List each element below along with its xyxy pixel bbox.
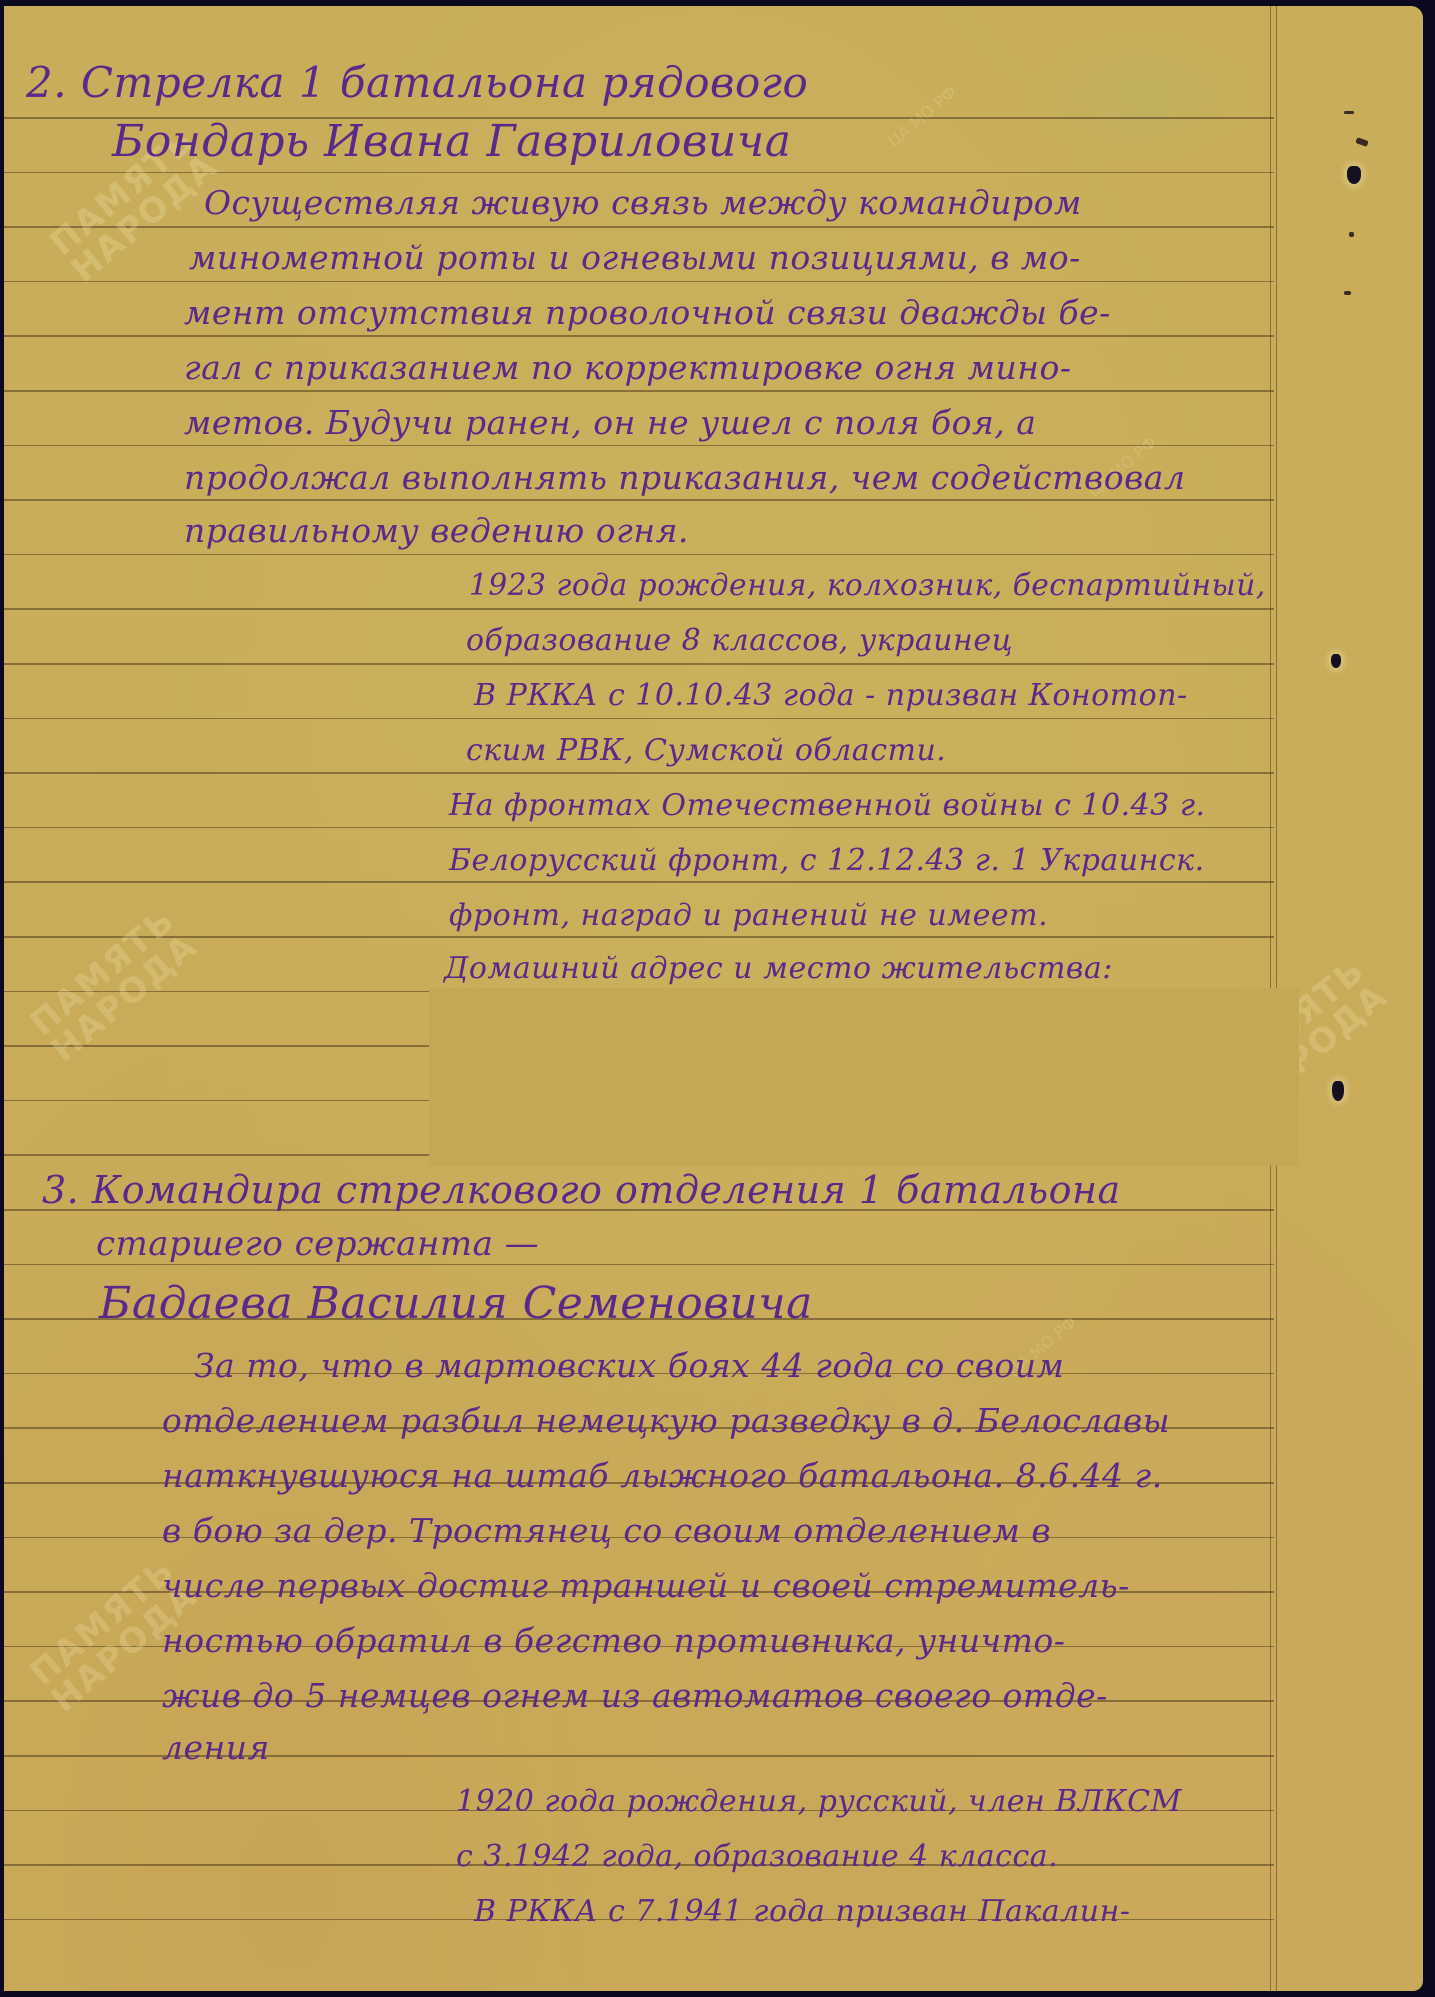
- citation-line: Осуществляя живую связь между командиром: [204, 183, 1082, 222]
- citation-line: продолжал выполнять приказания, чем соде…: [184, 458, 1185, 497]
- citation-line: минометной роты и огневыми позициями, в …: [189, 238, 1081, 277]
- bio-line: ским РВК, Сумской области.: [466, 733, 946, 768]
- ruled-line: [4, 772, 1274, 774]
- bio-line: На фронтах Отечественной войны с 10.43 г…: [449, 788, 1206, 823]
- ruled-line: [4, 663, 1274, 665]
- ruled-line: [4, 554, 1274, 556]
- entry-title: 3. Командира стрелкового отделения 1 бат…: [42, 1168, 1121, 1212]
- citation-line: метов. Будучи ранен, он не ушел с поля б…: [184, 403, 1036, 442]
- binding-hole-icon: [1332, 1081, 1344, 1101]
- entry-name: Бадаева Василия Семеновича: [99, 1278, 813, 1329]
- bio-line: 1923 года рождения, колхозник, беспартий…: [469, 568, 1266, 603]
- ruled-line: [4, 226, 1274, 228]
- ruled-line: [4, 936, 1274, 938]
- ruled-line: [4, 281, 1274, 283]
- entry-rank: старшего сержанта —: [96, 1224, 539, 1264]
- bio-line: В РККА с 10.10.43 года - призван Конотоп…: [474, 678, 1188, 713]
- ruled-line: [4, 335, 1274, 337]
- ruled-line: [4, 827, 1274, 829]
- entry-title: 2. Стрелка 1 батальона рядового: [26, 58, 808, 107]
- ruled-line: [4, 172, 1274, 174]
- citation-line: мент отсутствия проволочной связи дважды…: [184, 293, 1111, 332]
- document-page: ПАМЯТЬНАРОДА ПАМЯТЬНАРОДА ПАМЯТЬНАРОДА П…: [4, 6, 1423, 1991]
- citation-line: За то, что в мартовских боях 44 года со …: [194, 1346, 1064, 1385]
- ruled-line: [4, 499, 1274, 501]
- ruled-line: [4, 608, 1274, 610]
- bio-line: В РККА с 7.1941 года призван Пакалин-: [474, 1894, 1130, 1929]
- binding-nick-icon: [1344, 291, 1351, 295]
- bio-line: с 3.1942 года, образование 4 класса.: [456, 1839, 1058, 1874]
- binding-nick-icon: [1344, 111, 1354, 114]
- binding-nick-icon: [1355, 137, 1368, 147]
- binding-nick-icon: [1349, 232, 1354, 237]
- citation-line: наткнувшуюся на штаб лыжного батальона. …: [162, 1456, 1163, 1495]
- ruled-line: [4, 445, 1274, 447]
- bio-line: Белорусский фронт, с 12.12.43 г. 1 Украи…: [449, 843, 1205, 878]
- ruled-line: [4, 390, 1274, 392]
- ruled-line: [4, 718, 1274, 720]
- citation-line: числе первых достиг траншей и своей стре…: [162, 1566, 1130, 1605]
- binding-hole-icon: [1331, 654, 1341, 668]
- faded-header-print: [1024, 26, 1264, 166]
- citation-line: гал с приказанием по корректировке огня …: [184, 348, 1072, 387]
- bio-line: фронт, наград и ранений не имеет.: [449, 898, 1048, 933]
- citation-line: жив до 5 немцев огнем из автоматов своег…: [162, 1676, 1108, 1715]
- citation-line: ностью обратил в бегство противника, уни…: [162, 1621, 1065, 1660]
- citation-line: в бою за дер. Тростянец со своим отделен…: [162, 1511, 1051, 1550]
- ruled-line: [4, 881, 1274, 883]
- citation-line: отделением разбил немецкую разведку в д.…: [162, 1401, 1170, 1440]
- citation-line: ления: [162, 1728, 270, 1767]
- bio-line: образование 8 классов, украинец: [466, 623, 1013, 658]
- binding-hole-icon: [1347, 166, 1361, 184]
- redacted-address-block: [429, 988, 1299, 1166]
- bio-line: 1920 года рождения, русский, член ВЛКСМ: [456, 1784, 1182, 1819]
- citation-line: правильному ведению огня.: [184, 511, 689, 550]
- entry-name: Бондарь Ивана Гавриловича: [112, 116, 791, 167]
- bio-line: Домашний адрес и место жительства:: [444, 951, 1113, 986]
- watermark: ПАМЯТЬНАРОДА: [24, 902, 203, 1068]
